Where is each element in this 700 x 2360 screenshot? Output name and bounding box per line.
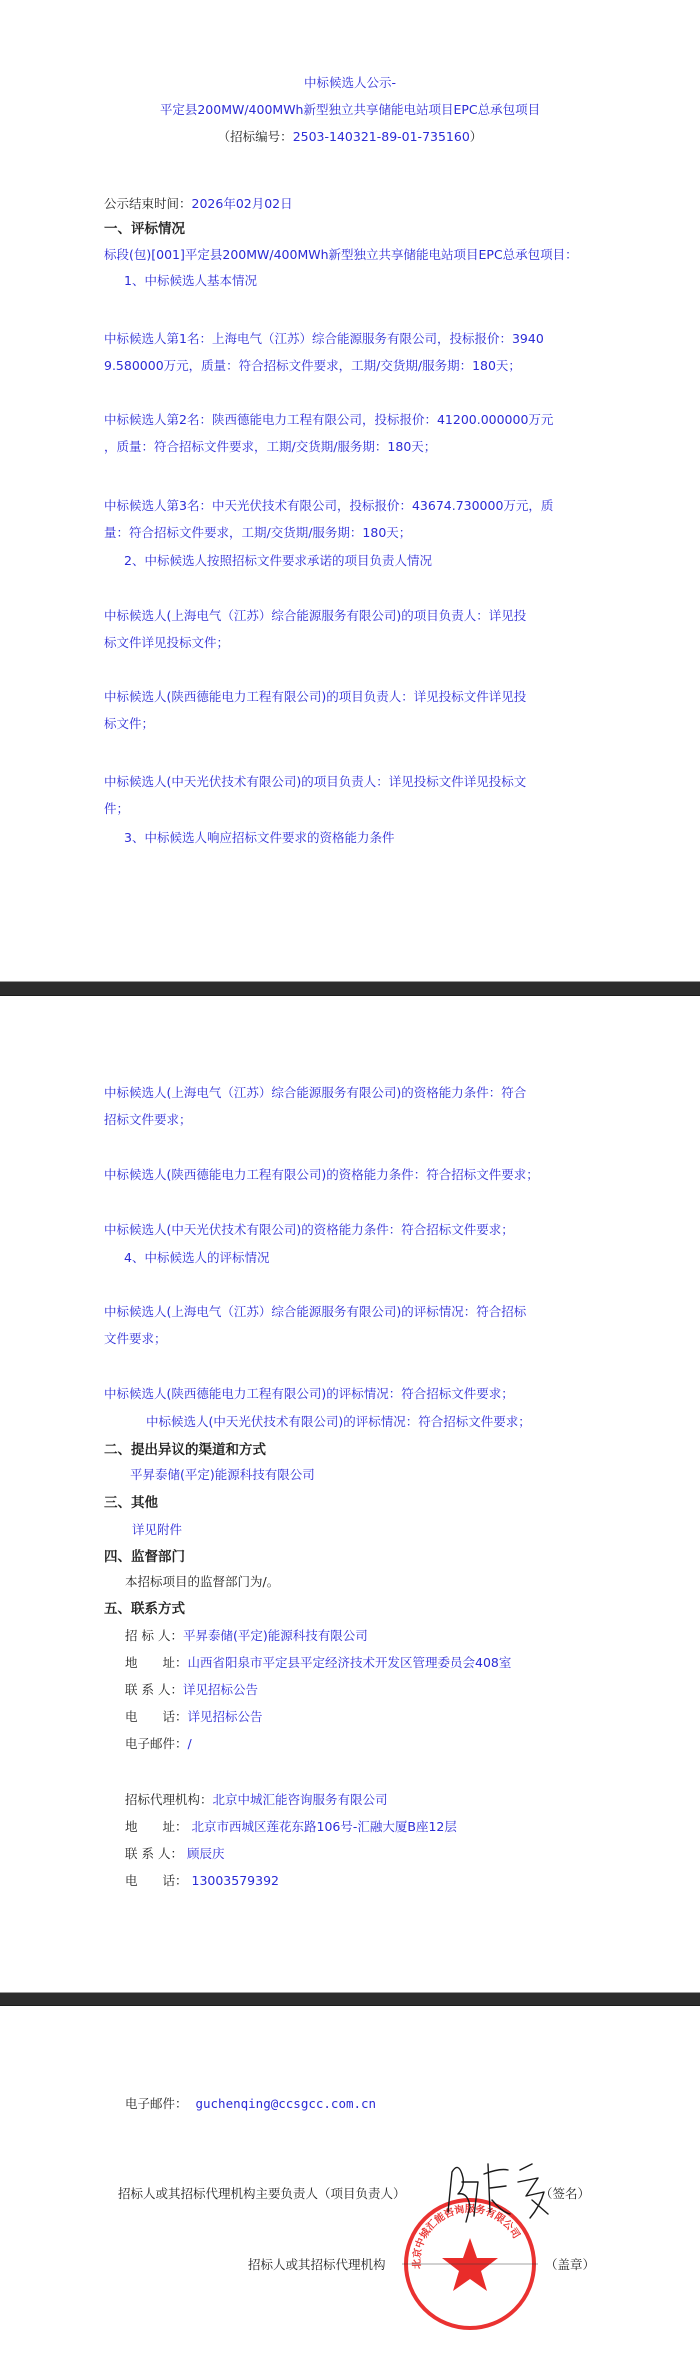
agency-email[interactable]: guchenqing@ccsgcc.com.cn [195,2096,376,2111]
candidate-2-line-2: ，质量：符合招标文件要求，工期/交货期/服务期：180天； [104,438,436,456]
agency-phone: 13003579392 [192,1873,279,1888]
evaluation-3: 中标候选人(中天光伏技术有限公司)的评标情况：符合招标文件要求； [146,1413,531,1431]
supervision-body: 本招标项目的监督部门为/。 [125,1573,279,1591]
lot-title: 标段(包)[001]平定县200MW/400MWh新型独立共享储能电站项目EPC… [104,246,578,264]
sub-1-heading: 1、中标候选人基本情况 [124,272,257,290]
agency-contact-row: 联 系 人： 顾辰庆 [125,1845,224,1863]
candidate-3-line-1: 中标候选人第3名：中天光伏技术有限公司，投标报价：43674.730000万元，… [104,497,553,515]
tenderer-address-row: 地 址：山西省阳泉市平定县平定经济技术开发区管理委员会408室 [125,1654,511,1672]
tenderer-name-label: 招 标 人： [125,1628,183,1643]
tenderer-contact-label: 联 系 人： [125,1682,183,1697]
project-name: 平定县200MW/400MWh新型独立共享储能电站项目EPC总承包项目 [0,101,700,119]
section-5-heading: 五、联系方式 [104,1600,185,1618]
tenderer-email: / [188,1736,192,1751]
tenderer-email-label: 电子邮件： [125,1736,188,1751]
qualification-1-line-1: 中标候选人(上海电气（江苏）综合能源服务有限公司)的资格能力条件：符合 [104,1084,526,1102]
agency-name-label: 招标代理机构： [125,1792,213,1807]
handwritten-signature-icon [440,2152,560,2227]
seal-suffix: （盖章） [545,2256,595,2274]
publicity-end-value: 2026年02月02日 [192,196,293,211]
agency-contact-label: 联 系 人： [125,1846,183,1861]
tenderer-phone: 详见招标公告 [188,1709,263,1724]
tenderer-phone-row: 电 话：详见招标公告 [125,1708,263,1726]
publicity-end: 公示结束时间：2026年02月02日 [104,195,293,213]
tenderer-name: 平昇泰储(平定)能源科技有限公司 [183,1628,368,1643]
seal-line: 招标人或其招标代理机构 [248,2256,386,2274]
signature-line: 招标人或其招标代理机构主要负责人（项目负责人） [118,2185,406,2203]
agency-contact: 顾辰庆 [187,1846,225,1861]
agency-email-label: 电子邮件： [125,2096,188,2111]
sub-2-heading: 2、中标候选人按照招标文件要求承诺的项目负责人情况 [124,552,432,570]
section-3-heading: 三、其他 [104,1494,158,1512]
candidate-1-line-2: 9.580000万元，质量：符合招标文件要求，工期/交货期/服务期：180天； [104,357,521,375]
agency-email-row: 电子邮件： guchenqing@ccsgcc.com.cn [125,2095,376,2113]
pm-2-line-1: 中标候选人(陕西德能电力工程有限公司)的项目负责人：详见投标文件详见投 [104,688,526,706]
sub-4-heading: 4、中标候选人的评标情况 [124,1249,269,1267]
agency-address: 北京市西城区莲花东路106号-汇融大厦B座12层 [192,1819,457,1834]
page-break [0,981,700,996]
agency-address-row: 地 址： 北京市西城区莲花东路106号-汇融大厦B座12层 [125,1818,457,1836]
tender-number: （招标编号：2503-140321-89-01-735160） [0,128,700,146]
tenderer-name-row: 招 标 人：平昇泰储(平定)能源科技有限公司 [125,1627,368,1645]
qualification-3: 中标候选人(中天光伏技术有限公司)的资格能力条件：符合招标文件要求； [104,1221,514,1239]
candidate-2-line-1: 中标候选人第2名：陕西德能电力工程有限公司，投标报价：41200.000000万… [104,411,553,429]
publicity-end-label: 公示结束时间： [104,196,192,211]
pm-1-line-2: 标文件详见投标文件； [104,634,229,652]
agency-phone-row: 电 话： 13003579392 [125,1872,279,1890]
tenderer-address: 山西省阳泉市平定县平定经济技术开发区管理委员会408室 [188,1655,512,1670]
tenderer-address-label: 地 址： [125,1655,188,1670]
section-2-heading: 二、提出异议的渠道和方式 [104,1441,266,1459]
qualification-2: 中标候选人(陕西德能电力工程有限公司)的资格能力条件：符合招标文件要求； [104,1166,539,1184]
candidate-1-line-1: 中标候选人第1名：上海电气（江苏）综合能源服务有限公司，投标报价：3940 [104,330,544,348]
notice-title: 中标候选人公示- [0,74,700,92]
agency-address-label: 地 址： [125,1819,188,1834]
tenderer-email-row: 电子邮件：/ [125,1735,192,1753]
section-4-heading: 四、监督部门 [104,1548,185,1566]
page-break [0,1992,700,2006]
tenderer-contact: 详见招标公告 [183,1682,258,1697]
pm-2-line-2: 标文件； [104,715,154,733]
agency-name: 北京中城汇能咨询服务有限公司 [213,1792,388,1807]
evaluation-2: 中标候选人(陕西德能电力工程有限公司)的评标情况：符合招标文件要求； [104,1385,514,1403]
pm-1-line-1: 中标候选人(上海电气（江苏）综合能源服务有限公司)的项目负责人：详见投 [104,607,526,625]
other-body: 详见附件 [132,1521,182,1539]
evaluation-1-line-2: 文件要求； [104,1330,167,1348]
objection-channel: 平昇泰储(平定)能源科技有限公司 [130,1466,315,1484]
pm-3-line-2: 件； [104,800,129,818]
tenderer-phone-label: 电 话： [125,1709,188,1724]
signature-line-text: 招标人或其招标代理机构主要负责人（项目负责人） [118,2186,406,2201]
evaluation-1-line-1: 中标候选人(上海电气（江苏）综合能源服务有限公司)的评标情况：符合招标 [104,1303,526,1321]
section-1-heading: 一、评标情况 [104,220,185,238]
agency-name-row: 招标代理机构：北京中城汇能咨询服务有限公司 [125,1791,388,1809]
candidate-3-line-2: 量：符合招标文件要求，工期/交货期/服务期：180天； [104,524,411,542]
qualification-1-line-2: 招标文件要求； [104,1111,192,1129]
pm-3-line-1: 中标候选人(中天光伏技术有限公司)的项目负责人：详见投标文件详见投标文 [104,773,526,791]
tender-number-value: 2503-140321-89-01-735160 [293,129,470,144]
agency-phone-label: 电 话： [125,1873,188,1888]
sub-3-heading: 3、中标候选人响应招标文件要求的资格能力条件 [124,829,394,847]
tenderer-contact-row: 联 系 人：详见招标公告 [125,1681,258,1699]
